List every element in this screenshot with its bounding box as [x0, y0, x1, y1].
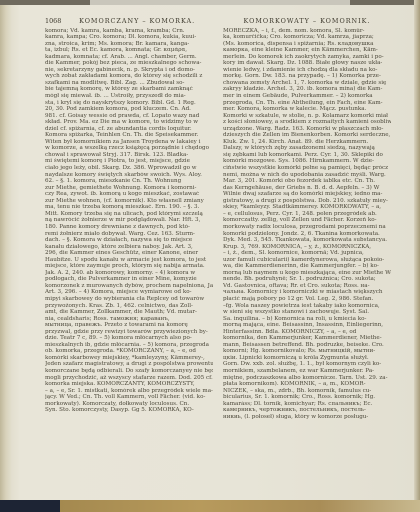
page-right-edge	[414, 0, 420, 512]
text-line: каморка, eine kleine Kammer, ein Kämmerc…	[223, 47, 391, 54]
text-line: komorczatty. zellig, voll Zellen und Fäc…	[223, 217, 391, 224]
text-line: 20, 30. Pod zamkiem komora, pod kluczem.…	[45, 106, 213, 113]
text-line: мытница, правежъ. Przeto z towarami na k…	[45, 322, 213, 329]
text-line: Dalszy, w których zęby zasadzonemi siedz…	[223, 145, 391, 152]
text-line: wych zobat zakładami komora, do którey s…	[45, 73, 213, 80]
right-column: KOMORKOWATY – KOMORNIK. MORECZKA, – i, f…	[223, 18, 391, 420]
right-running-header: KOMORKOWATY – KOMORNIK.	[223, 18, 391, 25]
text-line: podłogach, die Pulverkammer in einer Min…	[45, 276, 213, 283]
text-line: mipyi skarbowey do wybierania cła Replce…	[45, 296, 213, 303]
right-header-text: KOMORKOWATY – KOMORNIK.	[244, 17, 371, 25]
text-line: dzieszych die Zellen im Bienenkorben. Ko…	[223, 132, 391, 139]
text-line: skład. Prov. Ma. ez Die ma w komore, to …	[45, 119, 213, 126]
text-line: Art. 3, 296. – 4) Komora, miejsce wymiar…	[45, 289, 213, 296]
left-running-header: 1068 KOMORCZANY – KOMORKA.	[45, 18, 213, 25]
text-line: ka, komurčička; Cro. komoricza; Vd. kamr…	[223, 34, 391, 41]
text-line: Dyk. Med. 3, 545. Tkankowata, komorkowat…	[223, 237, 391, 244]
text-line: płata komornikom). KOMORNIK, – a, m., KO…	[223, 381, 391, 388]
text-line: komorka miejska. KOMORCZANTY, KOMORCZYST…	[45, 381, 213, 388]
text-line: Syn. Sto. komorczysty, Dasyp. Gg 5. KOMO…	[45, 407, 213, 414]
text-line: komornika, den Kammerjunker, Kammerdiene…	[223, 335, 391, 342]
text-line: skiey, *kamleyzy. Stadtkämmerey. KOMORKO…	[223, 204, 391, 211]
text-line: ną nawrócić żołnierze w mir podglądowali…	[45, 217, 213, 224]
left-header-text: KOMORCZANY – KOMORKA.	[79, 17, 195, 25]
text-line: płacić mają pobory po 12 gr. Vol. Leg. 2…	[223, 296, 391, 303]
text-line: ob. komorka, przegroda. *KOMORCZANY, – a…	[45, 348, 213, 355]
text-line: mer. Komora, komorka w kalecie. Mącz. pu…	[223, 106, 391, 113]
text-line: dzie. Teatr 7 c, 89. – 5) komora młócarn…	[45, 335, 213, 342]
text-line: никиь, (l. połoseł) sługa, który w komor…	[223, 414, 391, 421]
page-number: 1068	[45, 18, 61, 25]
text-line: komorczane będą odbierali. Do szafy komo…	[45, 368, 213, 375]
text-line: die Kammer, pokój bez pieca, ze mieszkal…	[45, 60, 213, 67]
text-line: w komorze, a wszelką rzecz książęcą porz…	[45, 145, 213, 152]
text-line: komorni; Hg. komornikovalo; Rs. мытницкі…	[223, 348, 391, 355]
text-line: ciało jego leży, obil. Skarg. Dz. 386. W…	[45, 165, 213, 172]
text-line: w sieni się wszystko stanowi i zachowuje…	[223, 309, 391, 316]
text-line: amt, die Kammer, Zollkammer, die Mauth; …	[45, 309, 213, 316]
left-column: 1068 KOMORCZANY – KOMORKA. komora; Vd. k…	[45, 18, 213, 414]
scan-bottom-edge	[0, 500, 420, 512]
text-line: ciństwie wszystkie komórki pełne są pami…	[223, 165, 391, 172]
text-line: Mar. 3, 201. Komórki obo fezordek iablka…	[223, 178, 391, 185]
text-line: dach. – §. Komora w działach, nazywa się…	[45, 237, 213, 244]
text-line: Wilnie dwaj szafarze są do komórki miejs…	[223, 191, 391, 198]
text-line: mornikiem, szambelanem, ez war Kammerjun…	[223, 368, 391, 375]
text-line: ma, tenu nie trzeba komorą mieszkać. Ern…	[45, 204, 213, 211]
text-line: czy Rea, zywot. ib. komorą u kogo mieszk…	[45, 191, 213, 198]
text-line: nende. Bh. podruhyně; Sr. 1. podrużnica;…	[223, 276, 391, 283]
text-line: 180. Panne komory drewniane z dawnych, p…	[45, 224, 213, 231]
text-line: kamra, kampa; Cro. komora; Dl. komora, k…	[45, 34, 213, 41]
text-line: morkę. Gorn. Dw. 183. na przypadę. – 1) …	[223, 73, 391, 80]
text-line: wa, die Kammerdienerinn, die Kammerjungf…	[223, 263, 391, 270]
text-line: morkowaty radix loculosa, przegrodami po…	[223, 224, 391, 231]
text-line: morną mająca, eine. Beisassinn, Insassin…	[223, 322, 391, 329]
text-line: z kości słoniowey, a srodkiem z rozmaity…	[223, 119, 391, 126]
text-line: чальна. Komornicy i komorniczki w miasta…	[223, 289, 391, 296]
text-line: mer in einem Gebäude, Pulverkammer. – 2)…	[223, 93, 391, 100]
text-line: kory im dawał. Skarg. Dz. 1088. Białe gł…	[223, 60, 391, 67]
text-line: jący. W Ved.; Cn. Th. voll Kammern, voll…	[45, 394, 213, 401]
left-column-text: komora; Vd. kamra, kamba, krama, kramba;…	[45, 28, 213, 414]
text-line: камерникъ, чертожникъ, постельникъ, пост…	[223, 407, 391, 414]
text-line: bicularius, Sr. 1. komornik; Cro., Ross.…	[223, 394, 391, 401]
text-line: miejsce, które zaymuje proch, którym się…	[45, 263, 213, 270]
text-line: 296, die Kammer eines Geschütz, einer Ka…	[45, 250, 213, 257]
right-column-text: MORECZKA, – i, f., dem. nom. komora, Sl.…	[223, 28, 391, 421]
text-line: Komora spiżarka, Teinhlen Cn. Th. die Sp…	[45, 132, 213, 139]
